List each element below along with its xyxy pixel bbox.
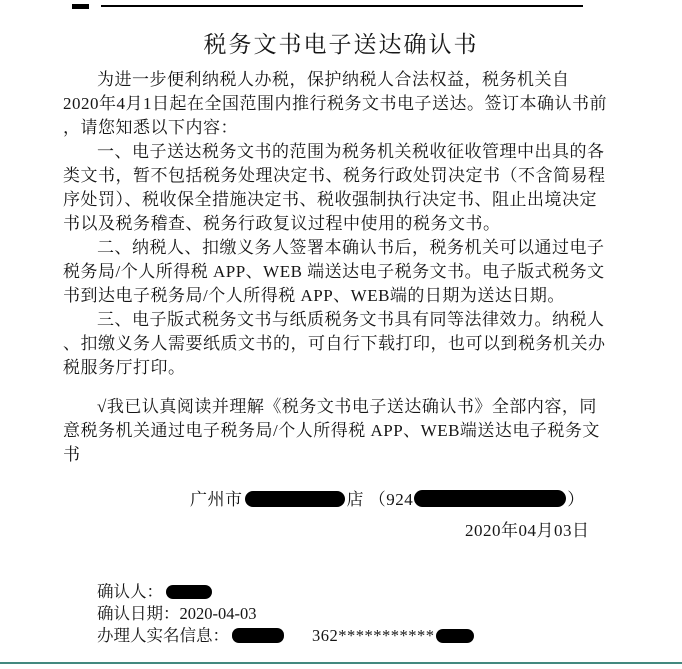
- page-top-rule: [101, 5, 583, 7]
- confirm-statement-paragraph: √我已认真阅读并理解《税务文书电子送达确认书》全部内容，同意税务机关通过电子税务…: [63, 395, 624, 467]
- text-line: 税服务厅打印。: [63, 356, 624, 380]
- confirmer-label: 确认人：: [97, 582, 163, 601]
- confirm-date-value: 2020-04-03: [180, 604, 257, 623]
- text-line: 书: [63, 443, 624, 467]
- redaction-bar: [72, 4, 89, 9]
- page-title: 税务文书电子送达确认书: [0, 26, 682, 59]
- signer-line: 广州市店 （924）: [63, 488, 624, 512]
- section-three-paragraph: 三、电子版式税务文书与纸质税务文书具有同等法律效力。纳税人、扣缴义务人需要纸质文…: [63, 308, 624, 380]
- redaction-bar: [166, 585, 212, 599]
- redaction-bar: [436, 629, 474, 643]
- text-line: 类文书，暂不包括税务处理决定书、税务行政处罚决定书（不含简易程: [63, 164, 624, 188]
- redaction-bar: [414, 490, 566, 507]
- redaction-bar: [232, 628, 284, 643]
- text-line: √我已认真阅读并理解《税务文书电子送达确认书》全部内容，同: [63, 395, 624, 419]
- confirm-date-label: 确认日期：: [97, 604, 180, 623]
- section-one-paragraph: 一、电子送达税务文书的范围为税务机关税收征收管理中出具的各类文书，暂不包括税务处…: [63, 140, 624, 236]
- text-line: 税务局/个人所得税 APP、WEB 端送达电子税务文书。电子版式税务文: [63, 260, 624, 284]
- document-body: 为进一步便利纳税人办税，保护纳税人合法权益，税务机关自2020年4月1日起在全国…: [63, 68, 624, 543]
- sign-date: 2020年04月03日: [63, 519, 624, 543]
- text-line: 二、纳税人、扣缴义务人签署本确认书后，税务机关可以通过电子: [63, 236, 624, 260]
- text-line: 为进一步便利纳税人办税，保护纳税人合法权益，税务机关自: [63, 68, 624, 92]
- text-line: 意税务机关通过电子税务局/个人所得税 APP、WEB端送达电子税务文: [63, 419, 624, 443]
- text-line: 、扣缴义务人需要纸质文书的，可自行下载打印，也可以到税务机关办: [63, 332, 624, 356]
- agent-id-masked: 362***********: [312, 626, 435, 645]
- intro-paragraph: 为进一步便利纳税人办税，保护纳税人合法权益，税务机关自2020年4月1日起在全国…: [63, 68, 624, 140]
- section-two-paragraph: 二、纳税人、扣缴义务人签署本确认书后，税务机关可以通过电子税务局/个人所得税 A…: [63, 236, 624, 308]
- signer-org-prefix: 广州市: [190, 490, 243, 509]
- confirmer-row: 确认人：: [97, 581, 474, 603]
- text-line: ，请您知悉以下内容：: [63, 116, 624, 140]
- credit-code-open: （924: [369, 490, 414, 509]
- redaction-bar: [245, 491, 345, 507]
- agent-info-row: 办理人实名信息：362***********: [97, 625, 474, 647]
- text-line: 一、电子送达税务文书的范围为税务机关税收征收管理中出具的各: [63, 140, 624, 164]
- text-line: 书以及税务稽查、税务行政复议过程中使用的税务文书。: [63, 212, 624, 236]
- bottom-rule: [0, 662, 682, 664]
- credit-code-close: ）: [567, 490, 585, 509]
- text-line: 书到达电子税务局/个人所得税 APP、WEB端的日期为送达日期。: [63, 284, 624, 308]
- agent-label: 办理人实名信息：: [97, 626, 229, 645]
- text-line: 2020年4月1日起在全国范围内推行税务文书电子送达。签订本确认书前: [63, 92, 624, 116]
- document-page: 税务文书电子送达确认书 为进一步便利纳税人办税，保护纳税人合法权益，税务机关自2…: [0, 0, 682, 669]
- confirm-date-row: 确认日期：2020-04-03: [97, 603, 474, 625]
- confirmation-info-block: 确认人： 确认日期：2020-04-03 办理人实名信息：362********…: [97, 581, 474, 647]
- text-line: 三、电子版式税务文书与纸质税务文书具有同等法律效力。纳税人: [63, 308, 624, 332]
- signer-org-suffix: 店: [347, 490, 365, 509]
- text-line: 序处罚）、税收保全措施决定书、税收强制执行决定书、阻止出境决定: [63, 188, 624, 212]
